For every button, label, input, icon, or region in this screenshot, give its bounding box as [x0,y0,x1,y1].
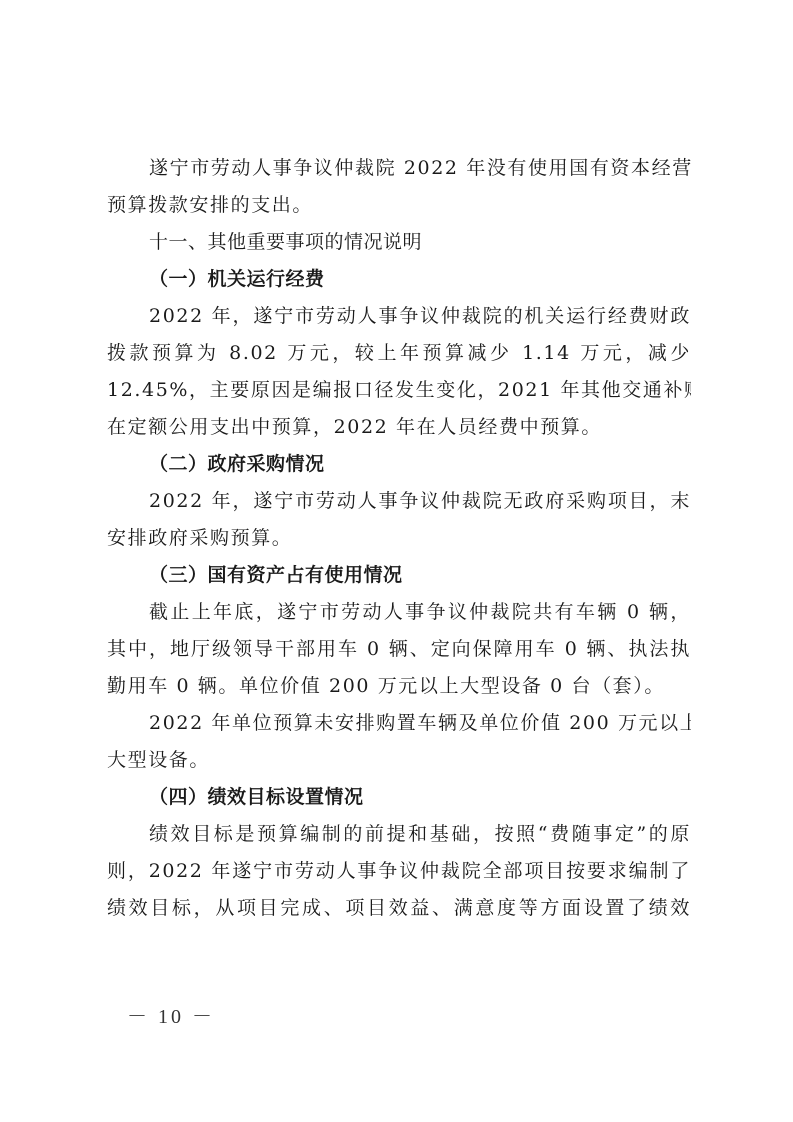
subsection-heading-operating-expenses: （一）机关运行经费 [107,261,691,298]
text-line: 大型设备。 [107,742,691,779]
section-heading-other-matters: 十一、其他重要事项的情况说明 [107,224,691,261]
text-line: 勤用车 0 辆。单位价值 200 万元以上大型设备 0 台（套）。 [107,668,691,705]
text-line: 预算拨款安排的支出。 [107,187,691,224]
text-line: 安排政府采购预算。 [107,520,691,557]
document-page: 遂宁市劳动人事争议仲裁院 2022 年没有使用国有资本经营 预算拨款安排的支出。… [107,150,691,927]
page-number: － 10 － [127,1000,215,1029]
text-line: 其中，地厅级领导干部用车 0 辆、定向保障用车 0 辆、执法执 [107,631,691,668]
text-line: 在定额公用支出中预算，2022 年在人员经费中预算。 [107,409,691,446]
paragraph-performance-goals: 绩效目标是预算编制的前提和基础，按照“费随事定”的原 则，2022 年遂宁市劳动… [107,816,691,927]
subsection-heading-procurement: （二）政府采购情况 [107,446,691,483]
text-line: 12.45%，主要原因是编报口径发生变化，2021 年其他交通补贴 [107,372,691,409]
text-line: 2022 年，遂宁市劳动人事争议仲裁院无政府采购项目，末 [107,483,691,520]
subsection-heading-performance-goals: （四）绩效目标设置情况 [107,779,691,816]
paragraph-operating-expenses: 2022 年，遂宁市劳动人事争议仲裁院的机关运行经费财政 拨款预算为 8.02 … [107,298,691,446]
paragraph-state-assets: 截止上年底，遂宁市劳动人事争议仲裁院共有车辆 0 辆， 其中，地厅级领导干部用车… [107,594,691,705]
text-line: 绩效目标是预算编制的前提和基础，按照“费随事定”的原 [107,816,691,853]
paragraph-procurement: 2022 年，遂宁市劳动人事争议仲裁院无政府采购项目，末 安排政府采购预算。 [107,483,691,557]
text-line: 截止上年底，遂宁市劳动人事争议仲裁院共有车辆 0 辆， [107,594,691,631]
text-line: 2022 年，遂宁市劳动人事争议仲裁院的机关运行经费财政 [107,298,691,335]
paragraph-vehicle-budget: 2022 年单位预算未安排购置车辆及单位价值 200 万元以上 大型设备。 [107,705,691,779]
paragraph-state-capital: 遂宁市劳动人事争议仲裁院 2022 年没有使用国有资本经营 预算拨款安排的支出。 [107,150,691,224]
text-line: 拨款预算为 8.02 万元，较上年预算减少 1.14 万元，减少 [107,335,691,372]
text-line: 遂宁市劳动人事争议仲裁院 2022 年没有使用国有资本经营 [107,150,691,187]
text-line: 绩效目标，从项目完成、项目效益、满意度等方面设置了绩效 [107,890,691,927]
subsection-heading-state-assets: （三）国有资产占有使用情况 [107,557,691,594]
text-line: 2022 年单位预算未安排购置车辆及单位价值 200 万元以上 [107,705,691,742]
text-line: 则，2022 年遂宁市劳动人事争议仲裁院全部项目按要求编制了 [107,853,691,890]
